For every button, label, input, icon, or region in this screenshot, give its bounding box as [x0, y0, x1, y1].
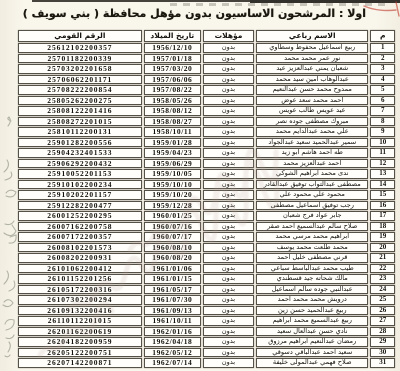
national-id-cell: 26008102201573: [18, 243, 142, 253]
serial-cell: 20: [370, 243, 395, 253]
name-cell: سمير عبدالحميد سعيد عبدالجواد: [256, 138, 368, 148]
serial-cell: 5: [370, 85, 395, 95]
qualification-cell: بدون: [203, 201, 254, 211]
birth-date-cell: 1961/01/15: [144, 274, 201, 284]
birth-date-cell: 1962/04/18: [144, 337, 201, 347]
birth-date-cell: 1958/08/27: [144, 117, 201, 127]
name-cell: مالك شحاته جيد قسطندي: [256, 274, 368, 284]
birth-date-cell: 1959/10/20: [144, 190, 201, 200]
qualification-cell: بدون: [203, 180, 254, 190]
birth-date-cell: 1958/10/11: [144, 127, 201, 137]
table-row: 20محمد طلعت محمد يوسفبدون1960/08/1026008…: [18, 243, 395, 253]
name-cell: عبدالوهاب امين سيد محمد: [256, 75, 368, 85]
name-cell: طيب محمد عبدالباسط سباعي: [256, 264, 368, 274]
col-header-qualifications: مؤهلات: [203, 30, 254, 42]
qualification-cell: بدون: [203, 232, 254, 242]
serial-cell: 6: [370, 96, 395, 106]
col-header-birth-date: تاريخ الميلاد: [144, 30, 201, 42]
serial-cell: 30: [370, 348, 395, 358]
page-title: اولا : المرشحون الاساسيون بدون مؤهل محاف…: [40, 7, 366, 20]
name-cell: مبروك مصطفى جوده نصر: [256, 117, 368, 127]
national-id-cell: 25901282200556: [18, 138, 142, 148]
national-id-cell: 26205122200751: [18, 348, 142, 358]
qualification-cell: بدون: [203, 211, 254, 221]
birth-date-cell: 1959/04/23: [144, 148, 201, 158]
name-cell: مصطفى عبدالتواب توفيق عبدالقادر: [256, 180, 368, 190]
name-cell: نور عمر محمد محمد: [256, 54, 368, 64]
table-row: 4عبدالوهاب امين سيد محمدبدون1957/06/0625…: [18, 75, 395, 85]
col-header-serial: م: [370, 30, 395, 42]
clipped-text-sliver: [170, 3, 390, 6]
name-cell: شعبان يمني عبدالعزيز عيد: [256, 64, 368, 74]
birth-date-cell: 1962/01/16: [144, 327, 201, 337]
birth-date-cell: 1961/05/17: [144, 285, 201, 295]
national-id-cell: 26207142200871: [18, 358, 142, 368]
birth-date-cell: 1958/05/26: [144, 96, 201, 106]
name-cell: قرني مصطفى خليل احمد: [256, 253, 368, 263]
serial-cell: 7: [370, 106, 395, 116]
birth-date-cell: 1959/12/28: [144, 201, 201, 211]
qualification-cell: بدون: [203, 306, 254, 316]
name-cell: درويش محمد محمد احمد: [256, 295, 368, 305]
birth-date-cell: 1960/01/25: [144, 211, 201, 221]
qualification-cell: بدون: [203, 253, 254, 263]
name-cell: عيد عويس طالب عويس: [256, 106, 368, 116]
table-row: 31صلاح فهمي عبدالمولى خليفةبدون1962/07/1…: [18, 358, 395, 368]
scanned-document-page: اولا : المرشحون الاساسيون بدون مؤهل محاف…: [0, 0, 400, 371]
national-id-cell: 25701182200339: [18, 54, 142, 64]
name-cell: ممدوح محمد حسن عبدالنعيم: [256, 85, 368, 95]
national-id-cell: 25910052201153: [18, 169, 142, 179]
national-id-cell: 26105172200316: [18, 285, 142, 295]
serial-cell: 29: [370, 337, 395, 347]
serial-cell: 31: [370, 358, 395, 368]
serial-cell: 12: [370, 159, 395, 169]
table-row: 2نور عمر محمد محمدبدون1957/01/1825701182…: [18, 54, 395, 64]
serial-cell: 24: [370, 285, 395, 295]
table-row: 16رجب توفيق اسماعيل مصطفىبدون1959/12/282…: [18, 201, 395, 211]
national-id-cell: 25906292200432: [18, 159, 142, 169]
name-cell: رمضان عبدالنعيم ابراهيم مرزوق: [256, 337, 368, 347]
national-id-cell: 26101062200412: [18, 264, 142, 274]
birth-date-cell: 1956/12/10: [144, 43, 201, 53]
serial-cell: 25: [370, 295, 395, 305]
table-row: 28نادي حسن عبدالعال سعيدبدون1962/01/1626…: [18, 327, 395, 337]
birth-date-cell: 1957/01/18: [144, 54, 201, 64]
serial-cell: 13: [370, 169, 395, 179]
birth-date-cell: 1957/08/22: [144, 85, 201, 95]
national-id-cell: 26201162200619: [18, 327, 142, 337]
birth-date-cell: 1959/10/10: [144, 180, 201, 190]
serial-cell: 8: [370, 117, 395, 127]
name-cell: محمود علي محمود علي: [256, 190, 368, 200]
name-cell: احمد محمد سعد عوض: [256, 96, 368, 106]
qualification-cell: بدون: [203, 190, 254, 200]
birth-date-cell: 1959/10/05: [144, 169, 201, 179]
candidates-table: م الاسم رباعي مؤهلات تاريخ الميلاد الرقم…: [16, 29, 397, 369]
table-row: 3شعبان يمني عبدالعزيز عيدبدون1957/03/202…: [18, 64, 395, 74]
birth-date-cell: 1960/07/16: [144, 222, 201, 232]
table-row: 30سعيد احمد عبدالباقي دسوقيبدون1962/05/1…: [18, 348, 395, 358]
birth-date-cell: 1959/01/28: [144, 138, 201, 148]
table-row: 8مبروك مصطفى جوده نصربدون1958/08/2725808…: [18, 117, 395, 127]
table-row: 7عيد عويس طالب عويسبدون1958/08/122580812…: [18, 106, 395, 116]
serial-cell: 16: [370, 201, 395, 211]
qualification-cell: بدون: [203, 274, 254, 284]
name-cell: عبدالنبي جوده سالم اسماعيل: [256, 285, 368, 295]
qualification-cell: بدون: [203, 106, 254, 116]
name-cell: محمد طلعت محمد يوسف: [256, 243, 368, 253]
national-id-cell: 25912282200477: [18, 201, 142, 211]
qualification-cell: بدون: [203, 127, 254, 137]
national-id-cell: 26007172200357: [18, 232, 142, 242]
qualification-cell: بدون: [203, 358, 254, 368]
serial-cell: 11: [370, 148, 395, 158]
national-id-cell: 25805262200275: [18, 96, 142, 106]
table-row: 29رمضان عبدالنعيم ابراهيم مرزوقبدون1962/…: [18, 337, 395, 347]
national-id-cell: 25808122201416: [18, 106, 142, 116]
qualification-cell: بدون: [203, 148, 254, 158]
qualification-cell: بدون: [203, 138, 254, 148]
table-row: 5ممدوح محمد حسن عبدالنعيمبدون1957/08/222…: [18, 85, 395, 95]
qualification-cell: بدون: [203, 117, 254, 127]
table-row: 14مصطفى عبدالتواب توفيق عبدالقادربدون195…: [18, 180, 395, 190]
serial-cell: 4: [370, 75, 395, 85]
qualification-cell: بدون: [203, 295, 254, 305]
qualification-cell: بدون: [203, 159, 254, 169]
qualification-cell: بدون: [203, 243, 254, 253]
table-row: 11طه احمد هاشم ابو زيدبدون1959/04/232590…: [18, 148, 395, 158]
national-id-cell: 25708222200854: [18, 85, 142, 95]
qualification-cell: بدون: [203, 348, 254, 358]
qualification-cell: بدون: [203, 327, 254, 337]
qualification-cell: بدون: [203, 264, 254, 274]
national-id-cell: 25910102200234: [18, 180, 142, 190]
name-cell: طه احمد هاشم ابو زيد: [256, 148, 368, 158]
table-row: 24عبدالنبي جوده سالم اسماعيلبدون1961/05/…: [18, 285, 395, 295]
serial-cell: 21: [370, 253, 395, 263]
national-id-cell: 25808272201015: [18, 117, 142, 127]
table-row: 25درويش محمد محمد احمدبدون1961/07/302610…: [18, 295, 395, 305]
name-cell: ربيع عبدالحميد حسن زين: [256, 306, 368, 316]
serial-cell: 3: [370, 64, 395, 74]
serial-cell: 28: [370, 327, 395, 337]
serial-cell: 18: [370, 222, 395, 232]
serial-cell: 9: [370, 127, 395, 137]
table-row: 9علي محمد عبدالدايم محمدبدون1958/10/1125…: [18, 127, 395, 137]
table-row: 18صلاح سالم عبدالسميع احمد صقربدون1960/0…: [18, 222, 395, 232]
table-row: 23مالك شحاته جيد قسطنديبدون1961/01/15261…: [18, 274, 395, 284]
qualification-cell: بدون: [203, 85, 254, 95]
table-row: 12احمد عبدالعزيز محمدبدون1959/06/2925906…: [18, 159, 395, 169]
national-id-cell: 25703202201658: [18, 64, 142, 74]
name-cell: احمد عبدالعزيز محمد: [256, 159, 368, 169]
serial-cell: 17: [370, 211, 395, 221]
serial-cell: 15: [370, 190, 395, 200]
serial-cell: 22: [370, 264, 395, 274]
name-cell: جابر عواد فرج شعبان: [256, 211, 368, 221]
national-id-cell: 26107302200294: [18, 295, 142, 305]
birth-date-cell: 1960/08/10: [144, 243, 201, 253]
table-row: 15محمود علي محمود عليبدون1959/10/2025910…: [18, 190, 395, 200]
national-id-cell: 26204182200959: [18, 337, 142, 347]
national-id-cell: 26007162200758: [18, 222, 142, 232]
qualification-cell: بدون: [203, 169, 254, 179]
serial-cell: 1: [370, 43, 395, 53]
birth-date-cell: 1961/09/13: [144, 306, 201, 316]
name-cell: صلاح فهمي عبدالمولى خليفة: [256, 358, 368, 368]
name-cell: صلاح سالم عبدالسميع احمد صقر: [256, 222, 368, 232]
table-row: 22طيب محمد عبدالباسط سباعيبدون1961/01/06…: [18, 264, 395, 274]
table-row: 10سمير عبدالحميد سعيد عبدالجوادبدون1959/…: [18, 138, 395, 148]
name-cell: ابراهيم محمد مرسي محمد: [256, 232, 368, 242]
national-id-cell: 26001252200295: [18, 211, 142, 221]
serial-cell: 27: [370, 316, 395, 326]
name-cell: ربيع عبدالسميع محمد ابراهيم: [256, 316, 368, 326]
birth-date-cell: 1957/06/06: [144, 75, 201, 85]
qualification-cell: بدون: [203, 316, 254, 326]
table-row: 27ربيع عبدالسميع محمد ابراهيمبدون1961/10…: [18, 316, 395, 326]
national-id-cell: 26101152201256: [18, 274, 142, 284]
qualification-cell: بدون: [203, 75, 254, 85]
qualification-cell: بدون: [203, 285, 254, 295]
birth-date-cell: 1962/05/12: [144, 348, 201, 358]
national-id-cell: 25810112200131: [18, 127, 142, 137]
col-header-name: الاسم رباعي: [256, 30, 368, 42]
serial-cell: 23: [370, 274, 395, 284]
table-row: 6احمد محمد سعد عوضبدون1958/05/2625805262…: [18, 96, 395, 106]
birth-date-cell: 1961/01/06: [144, 264, 201, 274]
name-cell: علي محمد عبدالدايم محمد: [256, 127, 368, 137]
serial-cell: 26: [370, 306, 395, 316]
name-cell: رجب توفيق اسماعيل مصطفى: [256, 201, 368, 211]
national-id-cell: 25904232401533: [18, 148, 142, 158]
col-header-national-id: الرقم القومي: [18, 30, 142, 42]
birth-date-cell: 1962/07/14: [144, 358, 201, 368]
qualification-cell: بدون: [203, 54, 254, 64]
qualification-cell: بدون: [203, 64, 254, 74]
birth-date-cell: 1957/03/20: [144, 64, 201, 74]
table-row: 19ابراهيم محمد مرسي محمدبدون1960/07/1726…: [18, 232, 395, 242]
serial-cell: 2: [370, 54, 395, 64]
table-row: 1ربيع اسماعيل محفوظ وسطاويبدون1956/12/10…: [18, 43, 395, 53]
serial-cell: 14: [370, 180, 395, 190]
table-row: 17جابر عواد فرج شعبانبدون1960/01/2526001…: [18, 211, 395, 221]
table-row: 21قرني مصطفى خليل احمدبدون1960/08/202600…: [18, 253, 395, 263]
birth-date-cell: 1959/06/29: [144, 159, 201, 169]
serial-cell: 19: [370, 232, 395, 242]
name-cell: ندى محمد ابراهيم الشوكي: [256, 169, 368, 179]
national-id-cell: 26008202200931: [18, 253, 142, 263]
name-cell: ربيع اسماعيل محفوظ وسطاوي: [256, 43, 368, 53]
qualification-cell: بدون: [203, 337, 254, 347]
birth-date-cell: 1961/07/30: [144, 295, 201, 305]
qualification-cell: بدون: [203, 96, 254, 106]
national-id-cell: 25612102200357: [18, 43, 142, 53]
national-id-cell: 26109132200416: [18, 306, 142, 316]
table-header-row: م الاسم رباعي مؤهلات تاريخ الميلاد الرقم…: [18, 30, 395, 42]
table-row: 13ندى محمد ابراهيم الشوكيبدون1959/10/052…: [18, 169, 395, 179]
serial-cell: 10: [370, 138, 395, 148]
name-cell: نادي حسن عبدالعال سعيد: [256, 327, 368, 337]
birth-date-cell: 1960/07/17: [144, 232, 201, 242]
birth-date-cell: 1958/08/12: [144, 106, 201, 116]
name-cell: سعيد احمد عبدالباقي دسوقي: [256, 348, 368, 358]
national-id-cell: 25910202201157: [18, 190, 142, 200]
qualification-cell: بدون: [203, 43, 254, 53]
table-row: 26ربيع عبدالحميد حسن زينبدون1961/09/1326…: [18, 306, 395, 316]
national-id-cell: 25706062201171: [18, 75, 142, 85]
qualification-cell: بدون: [203, 222, 254, 232]
birth-date-cell: 1961/10/11: [144, 316, 201, 326]
birth-date-cell: 1960/08/20: [144, 253, 201, 263]
national-id-cell: 26110112201015: [18, 316, 142, 326]
